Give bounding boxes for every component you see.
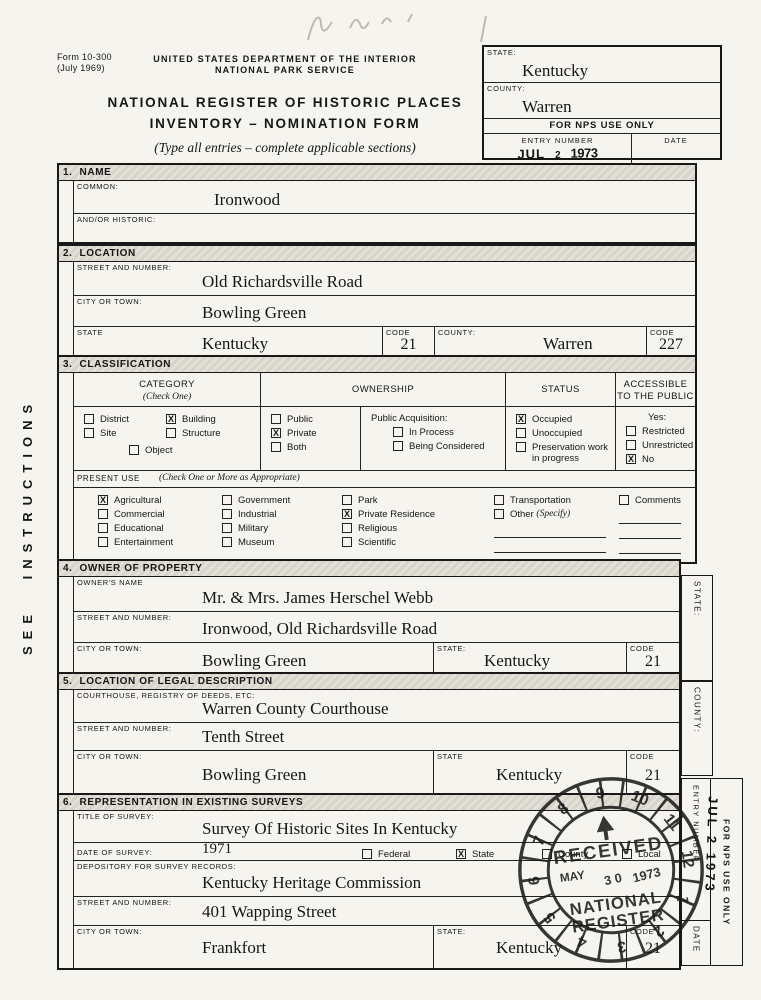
- common-name-value: Ironwood: [214, 190, 280, 210]
- survey-city-cell: CITY OR TOWN: Frankfort: [74, 926, 434, 968]
- owner-state-cell: STATE: Kentucky: [434, 643, 627, 674]
- stamp-dial-number: 10: [629, 787, 652, 809]
- sidebar-county-strip: COUNTY:: [681, 681, 713, 776]
- stamp-dial-number: 6: [526, 875, 544, 886]
- section-4-header: 4.OWNER OF PROPERTY: [59, 561, 679, 577]
- historic-name-field: AND/OR HISTORIC:: [73, 214, 695, 242]
- accessible-checkboxes: Yes: Restricted Unrestricted XNo: [616, 407, 695, 470]
- sidebar-nps-use-label: FOR NPS USE ONLY: [722, 819, 732, 965]
- header-county-label: COUNTY:: [487, 84, 525, 93]
- county-cell: COUNTY: Warren: [435, 327, 647, 357]
- owner-city-cell: CITY OR TOWN: Bowling Green: [74, 643, 434, 674]
- access-yes-label: Yes:: [648, 412, 695, 423]
- city-value: Bowling Green: [202, 303, 306, 323]
- sidebar-state-label: STATE:: [693, 581, 702, 680]
- entry-date-stamp: JUL21973: [484, 144, 631, 165]
- owner-state-value: Kentucky: [484, 651, 550, 671]
- checkbox-agricultural: XAgricultural: [98, 495, 173, 506]
- courthouse-value: Warren County Courthouse: [202, 699, 389, 719]
- checkbox-building: XBuilding: [166, 414, 221, 425]
- checkbox-object: Object: [129, 445, 260, 456]
- classification-headers: CATEGORY (Check One) OWNERSHIP STATUS AC…: [73, 373, 695, 407]
- other-blank-line: [494, 538, 606, 553]
- county-value: Warren: [543, 334, 593, 354]
- checkbox-government: Government: [222, 495, 290, 506]
- department-line1: UNITED STATES DEPARTMENT OF THE INTERIOR: [110, 54, 460, 65]
- owner-code-cell: CODE 21: [627, 643, 679, 674]
- owner-name-field: OWNER'S NAME Mr. & Mrs. James Herschel W…: [73, 577, 679, 612]
- legal-street-field: STREET AND NUMBER: Tenth Street: [73, 723, 679, 751]
- owner-street-field: STREET AND NUMBER: Ironwood, Old Richard…: [73, 612, 679, 643]
- owner-street-value: Ironwood, Old Richardsville Road: [202, 619, 437, 639]
- state-code-cell: CODE 21: [383, 327, 435, 357]
- checkbox-occupied: XOccupied: [516, 414, 615, 425]
- date-cell: DATE: [632, 134, 720, 163]
- courthouse-field: COURTHOUSE, REGISTRY OF DEEDS, ETC: Warr…: [73, 690, 679, 723]
- status-header: STATUS: [506, 373, 616, 406]
- header-state-value: Kentucky: [522, 61, 588, 81]
- form-number-line1: Form 10-300: [57, 52, 112, 63]
- sidebar-state-strip: STATE:: [681, 575, 713, 681]
- sidebar-county-label: COUNTY:: [693, 687, 702, 775]
- other-blank-line: [494, 523, 606, 538]
- stamp-day: 3 0: [603, 870, 623, 888]
- checkbox-military: Military: [222, 523, 290, 534]
- checkbox-park: Park: [342, 495, 435, 506]
- section-3-header: 3.CLASSIFICATION: [59, 357, 695, 373]
- section-1-header: 1.NAME: [59, 165, 695, 181]
- form-number: Form 10-300 (July 1969): [57, 52, 112, 74]
- scanned-nomination-form: Form 10-300 (July 1969) UNITED STATES DE…: [0, 0, 761, 1000]
- classification-body: District Site XBuilding Structure Object…: [73, 407, 695, 471]
- stamp-dial-number: 12: [678, 849, 697, 869]
- entry-date-row: ENTRY NUMBER JUL21973 DATE: [484, 134, 720, 163]
- checkbox-both: Both: [271, 442, 360, 453]
- section-1-name: 1.NAME COMMON: Ironwood AND/OR HISTORIC:: [57, 163, 697, 244]
- header-state-label: STATE:: [487, 48, 516, 57]
- checkbox-preservation-work: Preservation work in progress: [516, 442, 613, 464]
- section-2-location: 2.LOCATION STREET AND NUMBER: Old Richar…: [57, 244, 697, 359]
- department-heading: UNITED STATES DEPARTMENT OF THE INTERIOR…: [110, 54, 460, 76]
- street-value: Old Richardsville Road: [202, 272, 363, 292]
- survey-date-value: 1971: [202, 841, 232, 858]
- stamp-outer-ring: [513, 772, 709, 968]
- checkbox-being-considered: Being Considered: [393, 441, 505, 452]
- section-4-owner: 4.OWNER OF PROPERTY OWNER'S NAME Mr. & M…: [57, 559, 681, 676]
- checkbox-unoccupied: Unoccupied: [516, 428, 615, 439]
- section-5-header: 5.LOCATION OF LEGAL DESCRIPTION: [59, 674, 679, 690]
- checkbox-private-residence: XPrivate Residence: [342, 509, 435, 520]
- checkbox-commercial: Commercial: [98, 509, 173, 520]
- stamp-arrow-icon: [595, 814, 616, 841]
- status-checkboxes: XOccupied Unoccupied Preservation work i…: [506, 407, 616, 470]
- comments-blank-line: [619, 509, 681, 524]
- legal-street-value: Tenth Street: [202, 727, 284, 747]
- stamp-year: 1973: [631, 864, 662, 885]
- stamp-month: MAY: [559, 869, 586, 885]
- survey-title-value: Survey Of Historic Sites In Kentucky: [202, 819, 457, 839]
- present-use-col1: XAgricultural Commercial Educational Ent…: [98, 492, 173, 551]
- nps-use-only-label: FOR NPS USE ONLY: [484, 119, 720, 134]
- checkbox-district: District: [84, 414, 166, 425]
- checkbox-religious: Religious: [342, 523, 435, 534]
- checkbox-entertainment: Entertainment: [98, 537, 173, 548]
- common-name-field: COMMON: Ironwood: [73, 181, 695, 214]
- survey-street-value: 401 Wapping Street: [202, 902, 336, 922]
- ownership-header: OWNERSHIP: [261, 373, 506, 406]
- section-2-header: 2.LOCATION: [59, 246, 695, 262]
- present-use-col5: Comments: [619, 492, 681, 554]
- state-value: Kentucky: [202, 334, 268, 354]
- legal-city-cell: CITY OR TOWN: Bowling Green: [74, 751, 434, 795]
- owner-name-value: Mr. & Mrs. James Herschel Webb: [202, 588, 433, 608]
- ownership-checkboxes: Public XPrivate Both: [261, 407, 361, 470]
- handwriting-annotation: [290, 2, 530, 50]
- category-checkboxes: District Site XBuilding Structure Object: [74, 407, 261, 470]
- stamp-dial-number: 3: [616, 937, 627, 955]
- stamp-dial-number: 7: [530, 834, 549, 849]
- depository-value: Kentucky Heritage Commission: [202, 873, 421, 893]
- present-use-col4: Transportation Other (Specify): [494, 492, 606, 553]
- header-state-field: STATE: Kentucky: [484, 47, 720, 83]
- checkbox-structure: Structure: [166, 428, 221, 439]
- checkbox-transportation: Transportation: [494, 495, 606, 506]
- legal-city-value: Bowling Green: [202, 765, 306, 785]
- present-use-label-row: PRESENT USE (Check One or More as Approp…: [73, 471, 695, 488]
- department-line2: NATIONAL PARK SERVICE: [110, 65, 460, 76]
- checkbox-other: Other (Specify): [494, 509, 606, 520]
- checkbox-state: XState: [456, 849, 494, 860]
- present-use-label: PRESENT USE: [77, 474, 140, 483]
- owner-code-value: 21: [627, 653, 679, 671]
- checkbox-in-process: In Process: [393, 427, 505, 438]
- category-header: CATEGORY (Check One): [74, 373, 261, 406]
- form-number-line2: (July 1969): [57, 63, 112, 74]
- form-title-line2: INVENTORY – NOMINATION FORM: [70, 113, 500, 134]
- state-code-value: 21: [383, 336, 434, 354]
- stamp-dial-number: 9: [595, 785, 606, 803]
- present-use-col2: Government Industrial Military Museum: [222, 492, 290, 551]
- state-county-row: STATE Kentucky CODE 21 COUNTY: Warren CO…: [73, 327, 695, 357]
- checkbox-museum: Museum: [222, 537, 290, 548]
- owner-city-value: Bowling Green: [202, 651, 306, 671]
- checkbox-scientific: Scientific: [342, 537, 435, 548]
- nps-header-box: STATE: Kentucky COUNTY: Warren FOR NPS U…: [482, 45, 722, 160]
- checkbox-industrial: Industrial: [222, 509, 290, 520]
- form-title: NATIONAL REGISTER OF HISTORIC PLACES INV…: [70, 92, 500, 134]
- national-register-received-stamp: 1 2 3 4 5 6 7 8 9 10 11 12 RECEIVED MAY …: [513, 772, 709, 968]
- checkbox-federal: Federal: [362, 849, 410, 860]
- type-instructions: (Type all entries – complete applicable …: [70, 140, 500, 156]
- present-use-note: (Check One or More as Appropriate): [159, 473, 300, 483]
- state-cell: STATE Kentucky: [74, 327, 383, 357]
- header-county-value: Warren: [522, 97, 572, 117]
- checkbox-unrestricted: Unrestricted: [626, 440, 695, 451]
- section-3-classification: 3.CLASSIFICATION CATEGORY (Check One) OW…: [57, 355, 697, 564]
- checkbox-private: XPrivate: [271, 428, 360, 439]
- accessible-header: ACCESSIBLE TO THE PUBLIC: [616, 373, 695, 406]
- street-field: STREET AND NUMBER: Old Richardsville Roa…: [73, 262, 695, 296]
- see-instructions-vertical-label: SEE INSTRUCTIONS: [20, 355, 35, 655]
- form-title-line1: NATIONAL REGISTER OF HISTORIC PLACES: [70, 92, 500, 113]
- checkbox-no: XNo: [626, 454, 695, 465]
- date-label: DATE: [632, 134, 720, 145]
- county-code-value: 227: [647, 336, 695, 354]
- owner-city-row: CITY OR TOWN: Bowling Green STATE: Kentu…: [73, 643, 679, 674]
- checkbox-site: Site: [84, 428, 166, 439]
- comments-blank-line: [619, 524, 681, 539]
- entry-number-cell: ENTRY NUMBER JUL21973: [484, 134, 632, 163]
- header-county-field: COUNTY: Warren: [484, 83, 720, 119]
- acquisition-label: Public Acquisition:: [371, 413, 505, 424]
- present-use-col3: Park XPrivate Residence Religious Scient…: [342, 492, 435, 551]
- checkbox-comments: Comments: [619, 495, 681, 506]
- comments-blank-line: [619, 539, 681, 554]
- county-code-cell: CODE 227: [647, 327, 695, 357]
- survey-city-value: Frankfort: [202, 938, 266, 958]
- city-field: CITY OR TOWN: Bowling Green: [73, 296, 695, 327]
- checkbox-public: Public: [271, 414, 360, 425]
- stamp-dial-number: 1: [673, 892, 692, 907]
- present-use-body: XAgricultural Commercial Educational Ent…: [73, 488, 695, 562]
- checkbox-restricted: Restricted: [626, 426, 695, 437]
- acquisition-checkboxes: Public Acquisition: In Process Being Con…: [361, 407, 506, 470]
- checkbox-educational: Educational: [98, 523, 173, 534]
